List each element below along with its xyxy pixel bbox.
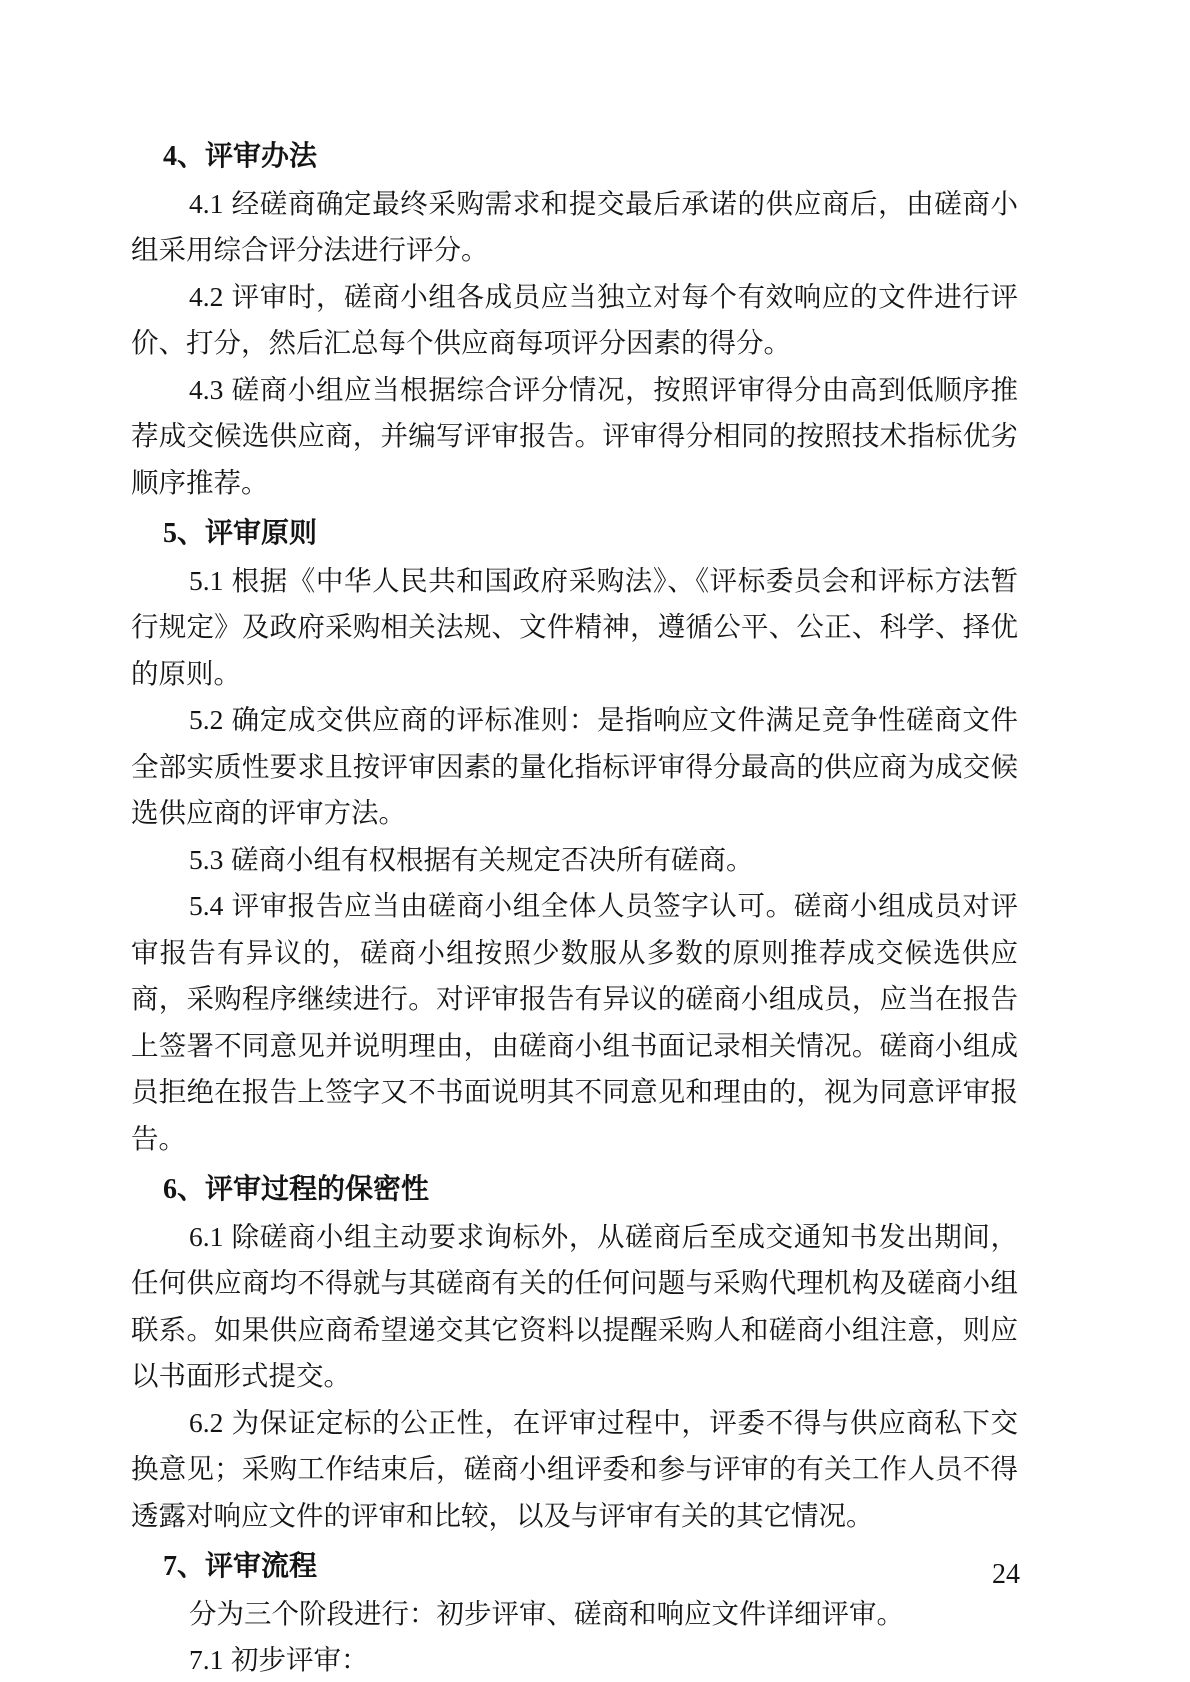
document-body: 4、评审办法4.1 经磋商确定最终采购需求和提交最后承诺的供应商后，由磋商小组采… [131, 133, 1018, 1682]
paragraph-text: 根据《中华人民共和国政府采购法》、《评标委员会和评标方法暂行规定》及政府采购相关… [131, 565, 1018, 689]
section-number: 6.1 [189, 1221, 223, 1252]
paragraph: 5.2 确定成交供应商的评标准则：是指响应文件满足竞争性磋商文件全部实质性要求且… [131, 697, 1018, 837]
section-number: 6.2 [189, 1407, 223, 1438]
paragraph-text: 磋商小组应当根据综合评分情况，按照评审得分由高到低顺序推荐成交候选供应商，并编写… [131, 374, 1018, 498]
paragraph: 分为三个阶段进行：初步评审、磋商和响应文件详细评审。 [131, 1591, 1018, 1638]
section-number: 5、 [163, 518, 205, 549]
section-heading: 5、评审原则 [131, 510, 1018, 558]
section-number: 4.3 [189, 374, 223, 405]
paragraph-text: 确定成交供应商的评标准则：是指响应文件满足竞争性磋商文件全部实质性要求且按评审因… [131, 704, 1018, 828]
section-number: 4、 [163, 141, 205, 172]
section-number: 6、 [163, 1174, 205, 1205]
heading-text: 评审原则 [205, 517, 317, 548]
paragraph-text: 经磋商确定最终采购需求和提交最后承诺的供应商后，由磋商小组采用综合评分法进行评分… [131, 188, 1018, 266]
paragraph-text: 分为三个阶段进行：初步评审、磋商和响应文件详细评审。 [189, 1598, 904, 1629]
paragraph: 5.1 根据《中华人民共和国政府采购法》、《评标委员会和评标方法暂行规定》及政府… [131, 558, 1018, 698]
section-number: 4.2 [189, 281, 223, 312]
paragraph: 4.1 经磋商确定最终采购需求和提交最后承诺的供应商后，由磋商小组采用综合评分法… [131, 181, 1018, 274]
paragraph-text: 为保证定标的公正性，在评审过程中，评委不得与供应商私下交换意见；采购工作结束后，… [131, 1407, 1018, 1531]
section-number: 5.4 [189, 890, 223, 921]
section-number: 7.1 [189, 1644, 223, 1675]
paragraph: 6.1 除磋商小组主动要求询标外，从磋商后至成交通知书发出期间，任何供应商均不得… [131, 1214, 1018, 1400]
section-heading: 6、评审过程的保密性 [131, 1166, 1018, 1214]
heading-text: 评审办法 [205, 140, 317, 171]
section-number: 5.3 [189, 844, 223, 875]
section-number: 5.1 [189, 565, 223, 596]
paragraph: 5.3 磋商小组有权根据有关规定否决所有磋商。 [131, 837, 1018, 884]
page-number: 24 [0, 1558, 1020, 1592]
paragraph-text: 除磋商小组主动要求询标外，从磋商后至成交通知书发出期间，任何供应商均不得就与其磋… [131, 1221, 1018, 1392]
paragraph: 7.1 初步评审： [131, 1637, 1018, 1682]
paragraph: 6.2 为保证定标的公正性，在评审过程中，评委不得与供应商私下交换意见；采购工作… [131, 1400, 1018, 1540]
paragraph: 4.3 磋商小组应当根据综合评分情况，按照评审得分由高到低顺序推荐成交候选供应商… [131, 367, 1018, 507]
section-number: 5.2 [189, 704, 223, 735]
document-page: 4、评审办法4.1 经磋商确定最终采购需求和提交最后承诺的供应商后，由磋商小组采… [0, 0, 1190, 1682]
section-number: 4.1 [189, 188, 223, 219]
paragraph-text: 初步评审： [231, 1644, 369, 1675]
paragraph-text: 磋商小组有权根据有关规定否决所有磋商。 [231, 844, 754, 875]
paragraph-text: 评审报告应当由磋商小组全体人员签字认可。磋商小组成员对评审报告有异议的，磋商小组… [131, 890, 1018, 1154]
section-heading: 4、评审办法 [131, 133, 1018, 181]
paragraph-text: 评审时，磋商小组各成员应当独立对每个有效响应的文件进行评价、打分，然后汇总每个供… [131, 281, 1018, 359]
paragraph: 4.2 评审时，磋商小组各成员应当独立对每个有效响应的文件进行评价、打分，然后汇… [131, 274, 1018, 367]
heading-text: 评审过程的保密性 [205, 1173, 429, 1204]
paragraph: 5.4 评审报告应当由磋商小组全体人员签字认可。磋商小组成员对评审报告有异议的，… [131, 883, 1018, 1162]
